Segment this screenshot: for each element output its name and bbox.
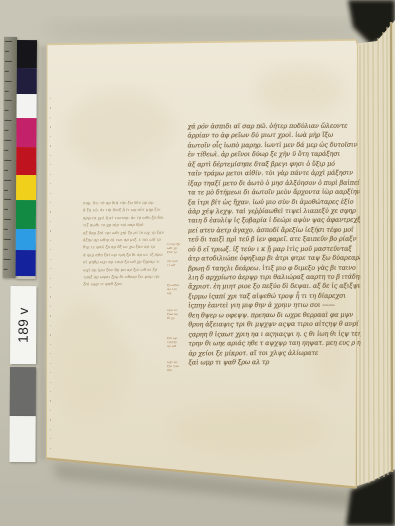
prick-mark bbox=[50, 419, 51, 420]
prick-mark bbox=[50, 306, 51, 307]
prick-mark bbox=[50, 155, 51, 156]
prick-mark bbox=[50, 315, 51, 316]
prick-mark bbox=[50, 382, 51, 383]
prick-mark bbox=[50, 211, 51, 212]
prick-mark bbox=[50, 145, 51, 146]
prick-mark bbox=[50, 334, 51, 335]
prick-mark bbox=[50, 278, 51, 279]
prick-mark bbox=[50, 287, 51, 288]
prick-mark bbox=[50, 400, 51, 401]
prick-mark bbox=[50, 183, 51, 184]
prick-mark bbox=[50, 429, 51, 430]
prick-mark bbox=[50, 391, 51, 392]
prick-mark bbox=[50, 107, 51, 108]
prick-mark bbox=[50, 230, 51, 231]
prick-mark bbox=[50, 296, 51, 297]
prick-mark bbox=[50, 126, 51, 127]
ruling-prick-marks bbox=[0, 0, 395, 526]
prick-mark bbox=[50, 325, 51, 326]
prick-mark bbox=[50, 344, 51, 345]
prick-mark bbox=[50, 117, 51, 118]
prick-mark bbox=[50, 249, 51, 250]
prick-mark bbox=[50, 268, 51, 269]
prick-mark bbox=[50, 448, 51, 449]
prick-mark bbox=[50, 221, 51, 222]
prick-mark bbox=[50, 353, 51, 354]
prick-mark bbox=[50, 193, 51, 194]
prick-mark bbox=[50, 363, 51, 364]
manuscript-photo-scene: 189 v χά ρόν ἀσπιδι αϊ σαρ πῶ. ὁήτερ ποδ… bbox=[0, 0, 395, 526]
prick-mark bbox=[50, 202, 51, 203]
prick-mark bbox=[50, 98, 51, 99]
prick-mark bbox=[50, 240, 51, 241]
prick-mark bbox=[50, 164, 51, 165]
prick-mark bbox=[50, 174, 51, 175]
prick-mark bbox=[50, 136, 51, 137]
prick-mark bbox=[50, 372, 51, 373]
prick-mark bbox=[50, 410, 51, 411]
prick-mark bbox=[50, 259, 51, 260]
prick-mark bbox=[50, 438, 51, 439]
